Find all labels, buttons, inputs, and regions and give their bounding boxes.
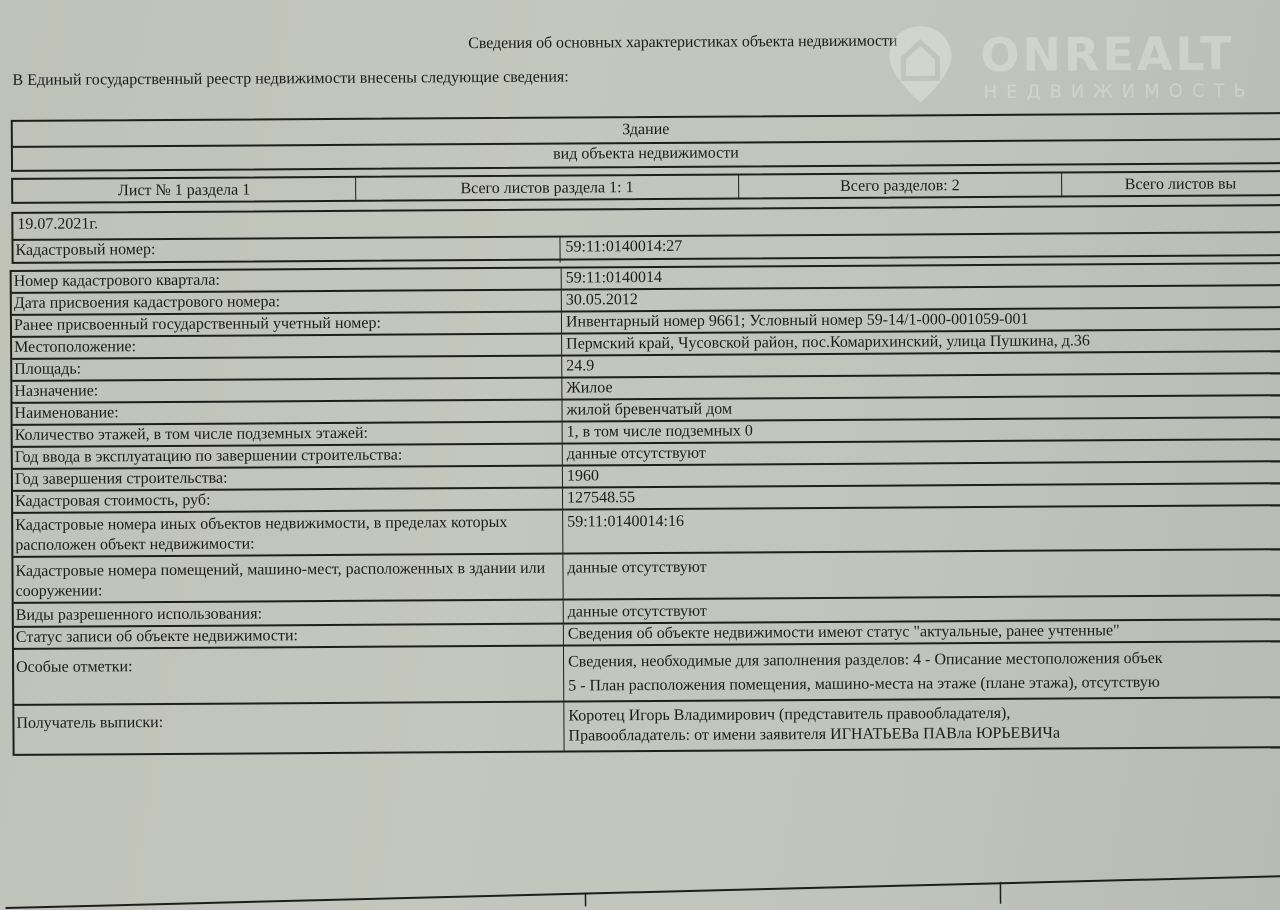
document-page: Сведения об основных характеристиках объ… (0, 0, 1280, 910)
document-date: 19.07.2021г. (17, 215, 98, 233)
sheets-in-section: Всего листов раздела 1: 1 (356, 175, 739, 199)
document-intro: В Единый государственный реестр недвижим… (12, 69, 568, 90)
table-row: Кадастровые номера иных объектов недвижи… (13, 506, 1280, 558)
sheet-number: Лист № 1 раздела 1 (13, 178, 356, 202)
sheet-info-row: Лист № 1 раздела 1 Всего листов раздела … (11, 170, 1280, 204)
total-sections: Всего разделов: 2 (739, 174, 1062, 198)
date-block: 19.07.2021г. Кадастровый номер: 59:11:01… (11, 204, 1280, 264)
next-table-edge (5, 872, 1280, 910)
table-row: Получатель выписки: Коротец Игорь Владим… (14, 698, 1280, 756)
table-row: Особые отметки: Сведения, необходимые дл… (14, 642, 1280, 706)
cadastral-number-row: Кадастровый номер: 59:11:0140014:27 (13, 231, 1280, 266)
cadastral-number-value: 59:11:0140014:27 (565, 238, 682, 257)
characteristics-table: Номер кадастрового квартала:59:11:014001… (10, 262, 1280, 756)
map-pin-house-icon (885, 24, 955, 104)
total-sheets: Всего листов вы (1062, 172, 1280, 195)
table-row: Кадастровые номера помещений, машино-мес… (13, 550, 1280, 604)
recipient-line-2: Правообладатель: от имени заявителя ИГНА… (568, 722, 1280, 746)
special-notes-line-2: 5 - План расположения помещения, машино-… (568, 670, 1280, 698)
document-title: Сведения об основных характеристиках объ… (468, 33, 897, 54)
cadastral-number-label: Кадастровый номер: (15, 241, 155, 260)
object-type-header: Здание вид объекта недвижимости (11, 112, 1280, 172)
watermark-brand: ONREALT (980, 26, 1234, 82)
watermark-subtitle: НЕДВИЖИМОСТЬ (984, 80, 1255, 103)
watermark: ONREALT НЕДВИЖИМОСТЬ (885, 20, 1266, 112)
